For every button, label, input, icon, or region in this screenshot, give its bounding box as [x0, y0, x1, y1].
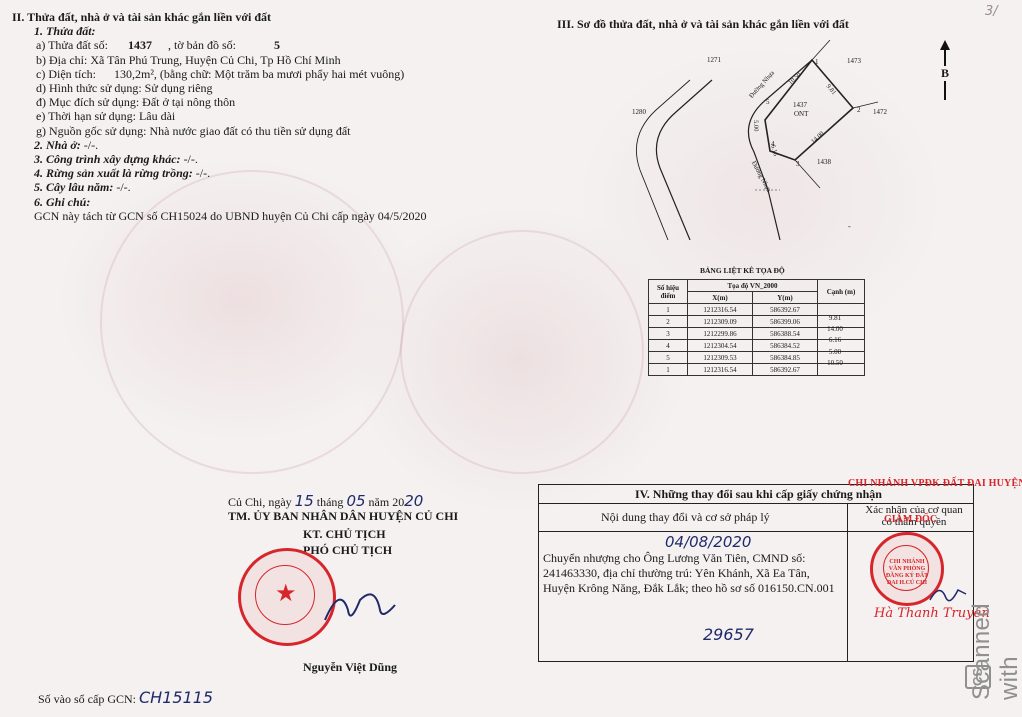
authority-title: PHÓ CHỦ TỊCH: [303, 543, 392, 558]
land-heading: 1. Thửa đất:: [12, 24, 426, 38]
office-stamp-title: GIÁM ĐỐC: [884, 514, 937, 525]
cell-point: 5: [649, 352, 688, 364]
vertex-5: 5: [766, 98, 770, 106]
place-date: Củ Chi, ngày 15 tháng 05 năm 2020: [228, 492, 423, 510]
area-row: c) Diện tích: 130,2m², (bằng chữ: Một tr…: [12, 67, 426, 81]
forest-label: 4. Rừng sản xuất là rừng trồng:: [34, 166, 193, 180]
year-label: năm 20: [369, 495, 405, 509]
registry-value: CH15115: [139, 688, 213, 707]
label-1280: 1280: [632, 108, 646, 116]
star-icon: ★: [275, 579, 297, 608]
cell-point: 3: [649, 328, 688, 340]
perennial-value: -/-.: [116, 180, 130, 194]
signer-name: Nguyễn Việt Dũng: [303, 660, 397, 675]
map-label: , tờ bản đồ số:: [168, 38, 236, 52]
section-ii-title: II. Thửa đất, nhà ở và tài sản khác gắn …: [12, 10, 426, 24]
forest-value: -/-.: [196, 166, 210, 180]
vertex-1: 1: [815, 58, 819, 66]
cell-x: 1212309.53: [688, 352, 753, 364]
col-x: X(m): [688, 292, 753, 304]
note-text: GCN này tách từ GCN số CH15024 do UBND h…: [12, 209, 426, 223]
col-point: Số hiệu điểm: [649, 280, 688, 304]
usage-purpose: đ) Mục đích sử dụng: Đất ở tại nông thôn: [12, 95, 426, 109]
parcel-number: 1437: [128, 38, 152, 52]
year-suffix: 20: [404, 492, 423, 510]
col-y: Y(m): [753, 292, 818, 304]
cell-x: 1212299.86: [688, 328, 753, 340]
cell-y: 586384.85: [753, 352, 818, 364]
parcel-row: a) Thửa đất số: 1437 , tờ bản đồ số: 5: [12, 38, 426, 52]
col-system: Tọa độ VN_2000: [688, 280, 818, 292]
perennial-row: 5. Cây lâu năm: -/-.: [12, 180, 426, 194]
north-arrowhead-icon: [940, 40, 950, 50]
authority-kt: KT. CHỦ TỊCH: [303, 527, 386, 542]
svg-text:-: -: [848, 222, 851, 231]
serial-number: 29657: [703, 625, 754, 644]
usage-form: d) Hình thức sử dụng: Sử dụng riêng: [12, 81, 426, 95]
cell-x: 1212316.54: [688, 364, 753, 376]
section-iii-title: III. Sơ đồ thửa đất, nhà ở và tài sản kh…: [557, 17, 849, 32]
vertex-3: 3: [796, 160, 800, 168]
edge-length: 9.81: [820, 313, 850, 324]
forest-row: 4. Rừng sản xuất là rừng trồng: -/-.: [12, 166, 426, 180]
label-1473: 1473: [847, 57, 861, 65]
col-content: Nội dung thay đổi và cơ sở pháp lý: [601, 510, 770, 525]
edge-length: 6.16: [820, 335, 850, 346]
cell-point: 1: [649, 304, 688, 316]
edge-length-column: 9.8114.006.165.0010.50: [820, 313, 850, 369]
construction-label: 3. Công trình xây dựng khác:: [34, 152, 181, 166]
cell-point: 1: [649, 364, 688, 376]
house-value: -/-.: [84, 138, 98, 152]
column-divider: [847, 503, 848, 661]
edge-length: 5.00: [820, 347, 850, 358]
cell-y: 586392.67: [753, 364, 818, 376]
section-iv-title: IV. Những thay đổi sau khi cấp giấy chứn…: [635, 487, 882, 502]
house-label: 2. Nhà ở:: [34, 138, 81, 152]
month-label: tháng: [317, 495, 344, 509]
map-number: 5: [274, 38, 280, 52]
cell-y: 586388.54: [753, 328, 818, 340]
date-day: 15: [295, 492, 314, 510]
date-prefix: Củ Chi, ngày: [228, 495, 292, 509]
label-1472: 1472: [873, 108, 887, 116]
watermark-emblem-center: [400, 230, 644, 474]
signature-left: [320, 580, 400, 630]
usage-term: e) Thời hạn sử dụng: Lâu dài: [12, 109, 426, 123]
cell-x: 1212316.54: [688, 304, 753, 316]
cell-point: 2: [649, 316, 688, 328]
parcel-label: a) Thửa đất số:: [36, 38, 108, 52]
cell-point: 4: [649, 340, 688, 352]
parcel-label: 1437: [793, 101, 807, 109]
house-row: 2. Nhà ở: -/-.: [12, 138, 426, 152]
page-number: 3/: [985, 4, 998, 19]
edge-length: 14.00: [820, 324, 850, 335]
vertex-4: 4: [771, 140, 775, 148]
cell-x: 1212309.09: [688, 316, 753, 328]
note-heading: 6. Ghi chú:: [12, 195, 426, 209]
vertex-2: 2: [857, 106, 861, 114]
north-label: B: [940, 66, 950, 81]
label-1271: 1271: [707, 56, 721, 64]
cell-x: 1212304.54: [688, 340, 753, 352]
date-month: 05: [346, 492, 365, 510]
area-label: c) Diện tích:: [36, 67, 96, 81]
registry-row: Số vào sổ cấp GCN: CH15115: [38, 688, 213, 707]
registry-label: Số vào sổ cấp GCN:: [38, 692, 136, 706]
section-ii: II. Thửa đất, nhà ở và tài sản khác gắn …: [12, 10, 426, 223]
construction-row: 3. Công trình xây dựng khác: -/-.: [12, 152, 426, 166]
area-value: 130,2m², (bằng chữ: Một trăm ba mươi phẩ…: [114, 67, 404, 81]
edge-length: 10.50: [820, 358, 850, 369]
cell-y: 586392.67: [753, 304, 818, 316]
cell-y: 586384.52: [753, 340, 818, 352]
address: b) Địa chỉ: Xã Tân Phú Trung, Huyện Củ C…: [12, 53, 426, 67]
perennial-label: 5. Cây lâu năm:: [34, 180, 113, 194]
authority-line: TM. ỦY BAN NHÂN DÂN HUYỆN CỦ CHI: [228, 509, 458, 524]
office-stamp-header: CHI NHÁNH VPĐK ĐẤT ĐAI HUYỆN CỦ CHI: [848, 478, 1022, 489]
label-1438: 1438: [817, 158, 831, 166]
cell-y: 586399.06: [753, 316, 818, 328]
change-date: 04/08/2020: [665, 533, 751, 551]
land-type-label: ONT: [794, 110, 808, 118]
camscanner-logo-icon: CS: [965, 665, 991, 689]
usage-origin: g) Nguồn gốc sử dụng: Nhà nước giao đất …: [12, 124, 426, 138]
construction-value: -/-.: [184, 152, 198, 166]
change-content: Chuyển nhượng cho Ông Lương Văn Tiên, CM…: [543, 551, 843, 596]
office-stamp-text: CHI NHÁNH VĂN PHÒNG ĐĂNG KÝ ĐẤT ĐAI H.CỦ…: [885, 559, 929, 587]
col-edge: Cạnh (m): [818, 280, 865, 304]
coord-table-title: BẢNG LIỆT KÊ TỌA ĐỘ: [700, 266, 785, 275]
edge-label-5-00: 5.00: [752, 120, 759, 132]
